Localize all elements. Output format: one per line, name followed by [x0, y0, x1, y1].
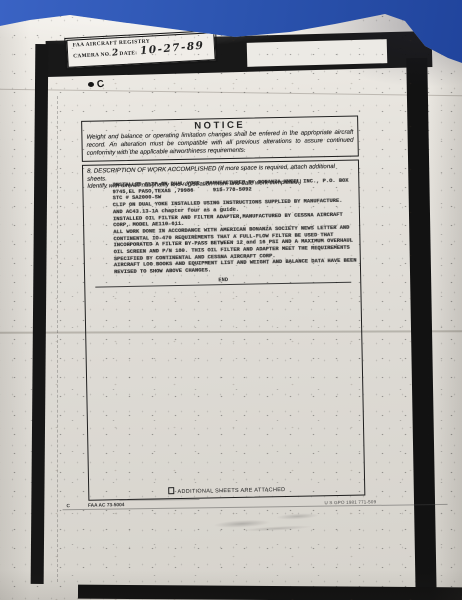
description-box: 8. DESCRIPTION OF WORK ACCOMPLISHED (If … — [82, 160, 365, 501]
additional-sheets-label: ADDITIONAL SHEETS ARE ATTACHED — [177, 487, 285, 495]
end-of-description-rule: END — [95, 275, 351, 288]
additional-sheets-checkbox — [168, 487, 175, 494]
notice-box: NOTICE Weight and balance or operating l… — [81, 116, 359, 162]
additional-sheets-row: ADDITIONAL SHEETS ARE ATTACHED — [89, 483, 364, 496]
typed-description: INSTALLED CLIP-ON DUAL YOKE ,MANUFACTURE… — [112, 178, 356, 276]
end-label: END — [218, 277, 228, 283]
pen-line-short — [119, 499, 199, 501]
photo-background: FAA AIRCRAFT REGISTRY CAMERA NO.2DATE:10… — [0, 0, 462, 600]
document-paper: FAA AIRCRAFT REGISTRY CAMERA NO.2DATE:10… — [0, 0, 462, 600]
form-area: NOTICE Weight and balance or operating l… — [0, 0, 462, 600]
notice-body: Weight and balance or operating limitati… — [82, 129, 357, 158]
faint-scribble — [199, 508, 340, 538]
